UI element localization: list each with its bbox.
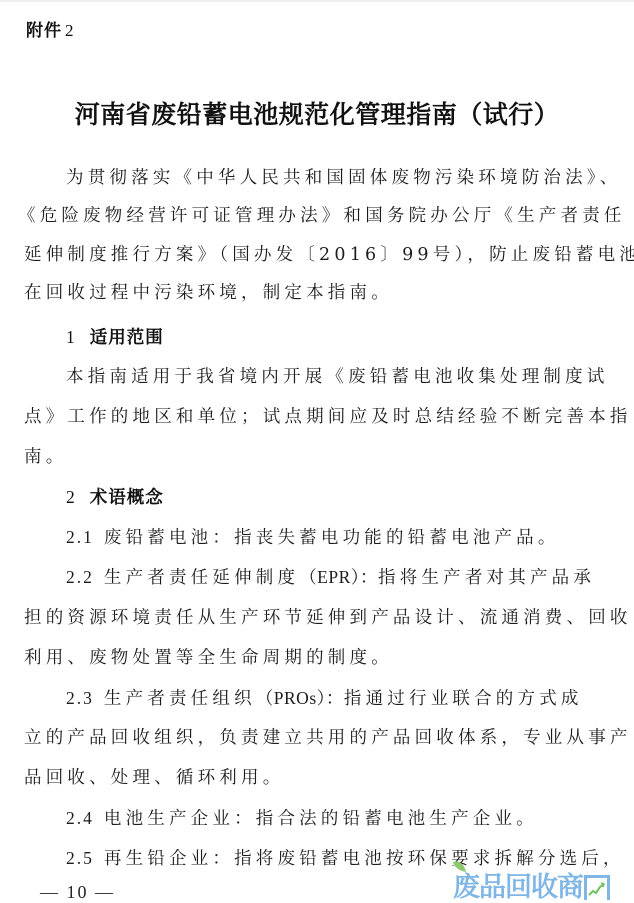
watermark: 废品回收商 — [453, 872, 610, 903]
section-heading-scope: 1适用范围 — [66, 324, 634, 350]
term-name: 生产者责任组织 — [104, 689, 256, 709]
attachment-label-text: 附件 — [26, 21, 62, 41]
section-body-line: 南。 — [24, 444, 624, 470]
term-continuation-line: 品回收、处理、循环利用。 — [24, 765, 624, 791]
section-heading-text: 术语概念 — [90, 488, 164, 508]
term-definition-2-5: 2.5再生铅企业：指将废铅蓄电池按环保要求拆解分选后， — [66, 845, 634, 871]
term-name: 生产者责任延伸制度 — [104, 568, 299, 588]
section-heading-terms: 2术语概念 — [66, 484, 634, 510]
term-definition-2-1: 2.1废铅蓄电池：指丧失蓄电功能的铅蓄电池产品。 — [66, 524, 634, 550]
term-continuation-line: 利用、废物处置等全生命周期的制度。 — [24, 645, 624, 671]
watermark-text: 废品回收商 — [453, 872, 583, 903]
chart-frame-icon — [584, 875, 610, 900]
term-abbreviation: （EPR）： — [299, 567, 378, 587]
page-top-edge — [0, 0, 634, 2]
term-text: 指通过行业联合的方式成 — [344, 689, 583, 709]
term-definition-2-2: 2.2生产者责任延伸制度（EPR）：指将生产者对其产品承 — [66, 564, 634, 590]
term-name: 再生铅企业： — [104, 849, 234, 869]
term-text: 指将废铅蓄电池按环保要求拆解分选后， — [234, 849, 625, 869]
term-number: 2.5 — [66, 848, 94, 868]
term-text: 指将生产者对其产品承 — [378, 568, 595, 588]
term-number: 2.4 — [66, 808, 94, 828]
document-title: 河南省废铅蓄电池规范化管理指南（试行） — [0, 98, 634, 132]
term-number: 2.3 — [66, 688, 94, 708]
section-number: 2 — [66, 487, 76, 507]
section-body-line: 本指南适用于我省境内开展《废铅蓄电池收集处理制度试 — [66, 364, 634, 390]
section-number: 1 — [66, 327, 76, 347]
intro-line: 《危险废物经营许可证管理办法》和国务院办公厅《生产者责任 — [18, 203, 618, 229]
attachment-label: 附件2 — [26, 20, 75, 42]
attachment-number: 2 — [65, 21, 75, 40]
term-number: 2.1 — [66, 527, 94, 547]
term-number: 2.2 — [66, 567, 94, 587]
section-heading-text: 适用范围 — [90, 328, 164, 348]
page-number: — 10 — — [40, 880, 115, 903]
term-definition-2-4: 2.4电池生产企业：指合法的铅蓄电池生产企业。 — [66, 805, 634, 831]
term-name: 废铅蓄电池： — [104, 528, 234, 548]
term-continuation-line: 担的资源环境责任从生产环节延伸到产品设计、流通消费、回收 — [24, 605, 624, 631]
term-definition-2-3: 2.3生产者责任组织（PROs）：指通过行业联合的方式成 — [66, 685, 634, 711]
section-body-line: 点》工作的地区和单位；试点期间应及时总结经验不断完善本指 — [24, 404, 624, 430]
intro-line: 为贯彻落实《中华人民共和国固体废物污染环境防治法》、 — [66, 165, 634, 191]
term-text: 指丧失蓄电功能的铅蓄电池产品。 — [234, 528, 560, 548]
term-name: 电池生产企业： — [104, 809, 256, 829]
intro-line: 延伸制度推行方案》（国办发〔2016〕99号），防止废铅蓄电池 — [24, 242, 624, 268]
term-abbreviation: （PROs）： — [256, 688, 344, 708]
term-text: 指合法的铅蓄电池生产企业。 — [256, 809, 538, 829]
intro-line: 在回收过程中污染环境，制定本指南。 — [24, 280, 624, 306]
term-continuation-line: 立的产品回收组织，负责建立共用的产品回收体系，专业从事产 — [24, 725, 624, 751]
